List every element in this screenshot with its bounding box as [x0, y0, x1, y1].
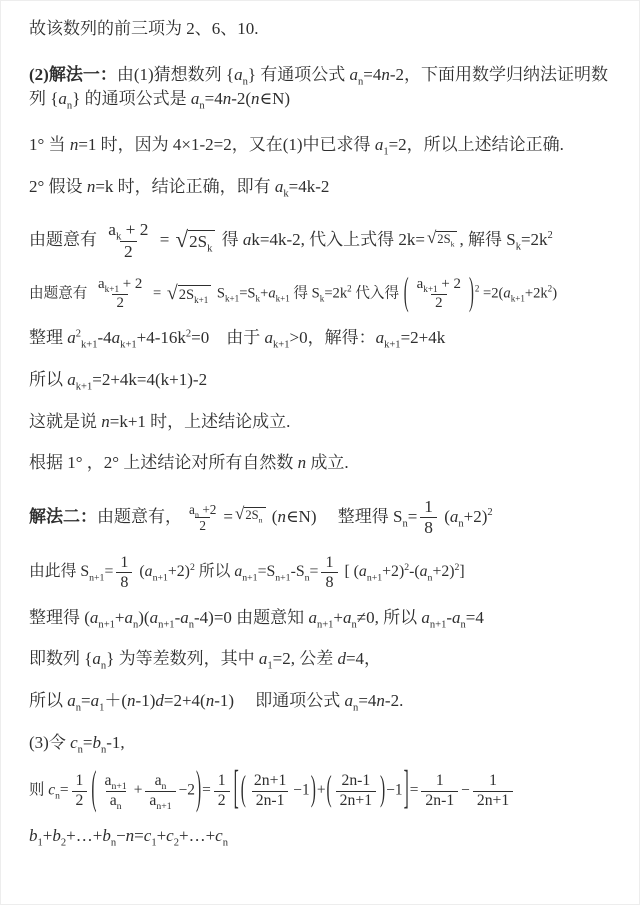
text-run: 则 [29, 782, 48, 799]
text-run: -1) 即通项公式 [214, 691, 344, 710]
text-run: a [108, 220, 116, 239]
text-run: -1, [106, 733, 124, 752]
variable: a [145, 563, 153, 580]
text-run: 由题意有 [29, 286, 91, 302]
subscript: n+1 [367, 572, 382, 583]
subscript: n+1 [89, 572, 104, 583]
subscript: k+1 [225, 293, 239, 303]
conclusion-first-three-terms: 故该数列的前三项为 2、6、10. [29, 17, 619, 42]
subscript: k+1 [273, 340, 289, 351]
numerator: an+1 [101, 772, 131, 791]
text-run: 2S [437, 232, 450, 246]
text-run: =2k [521, 230, 548, 249]
denominator: 8 [420, 517, 437, 538]
text-run: ] [459, 563, 464, 580]
text-run: 2° 假设 [29, 177, 87, 196]
text-run: ( [135, 563, 144, 580]
text-run: 得 S [290, 286, 320, 302]
variable: n [381, 65, 390, 84]
variable: a [308, 608, 317, 627]
text-run: a [155, 772, 162, 789]
text-run: 2S [245, 508, 258, 522]
variable: a [503, 286, 510, 302]
text-run: 2 [116, 295, 123, 311]
stretchy-delimiter: ] [404, 758, 409, 825]
text-run: =k 时，结论正确，即有 [95, 177, 275, 196]
variable: b [92, 733, 101, 752]
fraction: anan+1 [145, 772, 175, 810]
text-run: = [223, 507, 233, 526]
simplify-quadratic: 整理 a2k+1-4ak+1+4-16k2=0 由于 ak+1>0，解得：ak+… [29, 326, 619, 351]
variable: n [127, 691, 136, 710]
stretchy-delimiter: ) [380, 766, 385, 817]
variable: n [298, 453, 307, 472]
step1-base-case: 1° 当 n=1 时，因为 4×1-2=2，又在(1)中已求得 a1=2，所以上… [29, 133, 619, 158]
numerator: 2n-1 [337, 772, 374, 791]
text-run: , 解得 S [459, 230, 515, 249]
conclusion-ak1: 所以 ak+1=2+4k=4(k+1)-2 [29, 368, 619, 393]
text-run: + [43, 826, 53, 845]
subscript: n+1 [242, 572, 257, 583]
subscript: k+1 [105, 284, 119, 294]
variable: a [268, 286, 275, 302]
fraction: an+1an [101, 772, 131, 810]
text-run: -( [409, 563, 420, 580]
text-run: =4 [363, 65, 381, 84]
square-root: √2Sn [235, 507, 266, 524]
variable: n [277, 507, 286, 526]
text-run: 1 [218, 772, 226, 789]
numerator: ak+1 + 2 [413, 276, 465, 294]
numerator: 1 [321, 553, 337, 572]
subscript: n [117, 801, 122, 812]
denominator: 2 [120, 241, 137, 262]
numerator: 1 [72, 772, 88, 791]
text-run: -2( [231, 89, 251, 108]
text-run: −1 [386, 782, 402, 799]
arithmetic-sequence: 即数列 {an} 为等差数列，其中 a1=2, 公差 d=4， [29, 647, 619, 672]
text-run: 1 [76, 772, 84, 789]
text-run: 由题意有， [97, 507, 182, 526]
subscript: k [207, 243, 212, 254]
text-run: ∈N) 整理得 S [286, 507, 402, 526]
text-run: 所以 [195, 563, 235, 580]
text-run: −1 [293, 782, 309, 799]
square-root: √2Sk [427, 231, 458, 248]
text-run: 由题意有 [29, 230, 101, 249]
text-run: +2) [432, 563, 454, 580]
subscript: k+1 [194, 294, 208, 304]
denominator: 2n+1 [473, 791, 513, 811]
text-run: -4)=0 由题意知 [194, 608, 308, 627]
variable: a [234, 65, 243, 84]
text-run: + [134, 782, 143, 799]
numerator: 1 [116, 553, 132, 572]
method2-intro: 解法二：由题意有，an +22=√2Sn (n∈N) 整理得 Sn=18 (an… [29, 497, 619, 539]
text-run: + [317, 782, 326, 799]
subscript: k+1 [120, 340, 136, 351]
text-run: +2) [168, 563, 190, 580]
document-body: 故该数列的前三项为 2、6、10.(2)解法一：由(1)猜想数列 {an} 有通… [29, 17, 619, 849]
variable: b [29, 826, 38, 845]
text-run: = [104, 563, 113, 580]
text-run: −2 [179, 782, 195, 799]
text-run: ( [440, 507, 450, 526]
text-run: 即数列 { [29, 649, 92, 668]
stretchy-delimiter: ) [469, 266, 474, 323]
text-run: 2n-1 [425, 792, 454, 809]
text-run: 由此得 S [29, 563, 89, 580]
text-run: +2k [525, 286, 548, 302]
variable: n [126, 826, 135, 845]
radicand: 2Sk [188, 230, 215, 252]
square-root: √2Sk [176, 230, 216, 252]
variable: d [155, 691, 164, 710]
text-run: =2, 公差 [273, 649, 338, 668]
variable: a [150, 608, 159, 627]
step2-induction-hypothesis: 2° 假设 n=k 时，结论正确，即有 ak=4k-2 [29, 175, 619, 200]
text-run: + 2 [438, 276, 461, 292]
text-run: = [155, 230, 173, 249]
fraction: 2n-12n+1 [336, 772, 376, 810]
bold-text: 解法二： [29, 507, 97, 526]
fraction: 18 [116, 553, 132, 592]
denominator: 8 [321, 572, 337, 592]
variable: c [215, 826, 223, 845]
text-run: } 的通项公式是 [72, 89, 191, 108]
subscript: n+1 [317, 619, 333, 630]
text-run: = [134, 826, 144, 845]
induction-step-conclusion: 这就是说 n=k+1 时，上述结论成立. [29, 410, 619, 435]
text-run: 这就是说 [29, 412, 101, 431]
subscript: k [451, 239, 455, 248]
text-run: − [461, 782, 470, 799]
text-run: 1° 当 [29, 135, 70, 154]
fraction: 12 [214, 772, 230, 810]
formula-sk: 由题意有 ak + 22 = √2Sk 得 ak=4k-2, 代入上式得 2k=… [29, 220, 619, 262]
bold-text: (2)解法一： [29, 65, 117, 84]
text-run: (3)令 [29, 733, 70, 752]
subscript: k+1 [384, 340, 400, 351]
text-run: =0 由于 [191, 328, 264, 347]
text-run: 所以 [29, 370, 67, 389]
stretchy-delimiter: [ [234, 758, 239, 825]
text-run: +2) [382, 563, 404, 580]
subscript: n+1 [275, 572, 290, 583]
document-page: 故该数列的前三项为 2、6、10.(2)解法一：由(1)猜想数列 {an} 有通… [1, 1, 639, 849]
text-run: -1) [136, 691, 156, 710]
text-run: -2. [385, 691, 403, 710]
subscript: k+1 [511, 293, 525, 303]
fraction: ak + 22 [104, 220, 152, 262]
text-run: 2 [435, 295, 442, 311]
radicand: 2Sn [244, 507, 265, 524]
variable: n [223, 89, 232, 108]
text-run: =4 [466, 608, 484, 627]
cn-formula: 则 cn=12(an+1an+anan+1−2)=12[(2n+12n-1−1)… [29, 772, 619, 810]
text-run: 2 [76, 792, 84, 809]
denominator: 2n-1 [252, 791, 289, 811]
fraction: 12 [72, 772, 88, 810]
text-run: 2n+1 [254, 772, 286, 789]
square-root: √2Sk+1 [167, 285, 211, 304]
text-run: − [116, 826, 126, 845]
text-run: ( [268, 507, 278, 526]
subscript: n+1 [98, 619, 114, 630]
text-run: = [149, 286, 165, 302]
text-run: +2) [464, 507, 488, 526]
text-run: 2n+1 [477, 792, 509, 809]
text-run: a [110, 792, 117, 809]
denominator: an+1 [145, 791, 175, 811]
text-run: 1 [436, 772, 444, 789]
denominator: 2 [195, 517, 210, 534]
text-run: + [115, 608, 125, 627]
text-run: =2( [479, 286, 503, 302]
text-run: 2 [218, 792, 226, 809]
numerator: 1 [214, 772, 230, 791]
variable: a [359, 563, 367, 580]
radicand: 2Sk+1 [178, 285, 212, 304]
method1-intro: (2)解法一：由(1)猜想数列 {an} 有通项公式 an=4n-2，下面用数学… [29, 63, 619, 112]
text-run: a [98, 276, 105, 292]
text-run: +…+ [66, 826, 102, 845]
text-run: 1 [120, 554, 128, 571]
text-run: 故该数列的前三项为 2、6、10. [29, 19, 259, 38]
text-run: =2+4( [164, 691, 206, 710]
text-run: 8 [424, 518, 433, 537]
text-run: + [157, 826, 167, 845]
text-run: +…+ [179, 826, 215, 845]
variable: b [52, 826, 61, 845]
variable: c [166, 826, 174, 845]
method2-derivation: 由此得 Sn+1=18 (an+1+2)2 所以 an+1=Sn+1-Sn=18… [29, 553, 619, 592]
text-run: 整理 [29, 328, 67, 347]
text-run: =2，所以上述结论正确. [389, 135, 564, 154]
text-run: = [60, 782, 69, 799]
variable: a [91, 691, 100, 710]
text-run: + 2 [119, 276, 142, 292]
superscript: 2 [76, 329, 81, 340]
fraction: ak+1 + 22 [94, 276, 146, 312]
text-run: 2 [124, 242, 133, 261]
text-run: =4， [346, 649, 381, 668]
text-run: ∈N) [260, 89, 291, 108]
numerator: ak + 2 [104, 220, 152, 240]
text-run: 代入得 [352, 286, 403, 302]
stretchy-delimiter: ( [327, 766, 332, 817]
stretchy-delimiter: ( [404, 266, 409, 323]
text-run: =4 [205, 89, 223, 108]
radical-sign: √ [167, 285, 178, 302]
text-run: =4 [358, 691, 376, 710]
numerator: ak+1 + 2 [94, 276, 146, 294]
text-run: =1 时，因为 4×1-2=2，又在(1)中已求得 [78, 135, 375, 154]
text-run: =S [258, 563, 276, 580]
variable: a [125, 608, 134, 627]
subscript: n+1 [153, 572, 168, 583]
stretchy-delimiter: ( [91, 758, 96, 825]
variable: a [265, 328, 274, 347]
subscript: n+1 [158, 619, 174, 630]
text-run: ) [552, 286, 557, 302]
numerator: an [151, 772, 171, 791]
text-run: 2n-1 [341, 772, 370, 789]
denominator: 2 [214, 791, 230, 811]
variable: a [67, 370, 76, 389]
fraction: an +22 [185, 502, 220, 534]
numerator: an +2 [185, 502, 220, 518]
denominator: 2 [431, 294, 446, 313]
text-run: =2+4k [401, 328, 446, 347]
text-run: S [213, 286, 225, 302]
text-run: 由(1)猜想数列 { [117, 65, 234, 84]
text-run: 所以 [29, 691, 67, 710]
variable: a [420, 563, 428, 580]
fraction: 12n+1 [473, 772, 513, 810]
text-run: + 2 [121, 220, 148, 239]
subscript: k+1 [423, 284, 437, 294]
variable: a [67, 691, 76, 710]
variable: n [376, 691, 385, 710]
subscript: n [259, 516, 263, 525]
radical-sign: √ [176, 230, 189, 250]
variable: b [102, 826, 111, 845]
formula-sk1: 由题意有 ak+1 + 22 = √2Sk+1 Sk+1=Sk+ak+1 得 S… [29, 276, 619, 312]
variable: a [92, 649, 101, 668]
text-run: 8 [325, 574, 333, 591]
radicand: 2Sk [436, 231, 457, 248]
text-run: )( [138, 608, 149, 627]
numerator: 1 [432, 772, 448, 791]
text-run: 1 [325, 554, 333, 571]
text-run: +4-16k [137, 328, 186, 347]
text-run: =S [239, 286, 255, 302]
variable: a [350, 65, 359, 84]
bn-sum: b1+b2+…+bn−n=c1+c2+…+cn [29, 824, 619, 849]
variable: d [337, 649, 346, 668]
text-run: } 为等差数列，其中 [106, 649, 259, 668]
variable: a [67, 328, 76, 347]
radical-sign: √ [427, 231, 436, 245]
text-run: = [202, 782, 211, 799]
text-run: 根据 1° ，2° 上述结论对所有自然数 [29, 453, 298, 472]
superscript: 2 [548, 230, 553, 241]
text-run: + [333, 608, 343, 627]
text-run: 1 [489, 772, 497, 789]
numerator: 2n+1 [250, 772, 290, 791]
text-run: 2n+1 [340, 792, 372, 809]
numerator: 1 [420, 497, 437, 517]
denominator: an [106, 791, 126, 811]
text-run: +2 [199, 502, 216, 517]
text-run: 2S [189, 232, 207, 251]
general-term: 所以 an=a1＋(n-1)d=2+4(n-1) 即通项公式 an=4n-2. [29, 689, 619, 714]
subscript: n [223, 838, 228, 849]
variable: n [101, 412, 110, 431]
text-run: 2S [179, 287, 194, 303]
subscript: k+1 [81, 340, 97, 351]
stretchy-delimiter: ) [311, 766, 316, 817]
text-run: = [81, 691, 91, 710]
text-run: ≠0, 所以 [357, 608, 422, 627]
text-run: a [105, 772, 112, 789]
text-run: 成立. [306, 453, 349, 472]
variable: a [345, 691, 354, 710]
fraction: 18 [420, 497, 437, 539]
radical-sign: √ [235, 507, 244, 521]
variable: a [112, 328, 121, 347]
part3-define-cn: (3)令 cn=bn-1, [29, 731, 619, 756]
variable: c [70, 733, 78, 752]
stretchy-delimiter: ) [196, 758, 201, 825]
superscript: 2 [487, 507, 492, 518]
text-run: 8 [120, 574, 128, 591]
stretchy-delimiter: ( [241, 766, 246, 817]
text-run: 得 [217, 230, 243, 249]
text-run: -S [291, 563, 305, 580]
text-run: 2n-1 [256, 792, 285, 809]
variable: a [180, 608, 189, 627]
variable: n [251, 89, 260, 108]
fraction: 18 [321, 553, 337, 592]
fraction: 2n+12n-1 [250, 772, 290, 810]
text-run: k=4k-2, 代入上式得 2k= [251, 230, 425, 249]
subscript: n+1 [156, 801, 171, 812]
numerator: 1 [485, 772, 501, 791]
text-run: =2+4k=4(k+1)-2 [92, 370, 207, 389]
fraction: 12n-1 [421, 772, 458, 810]
text-run: = [410, 782, 419, 799]
text-run: } 有通项公式 [248, 65, 350, 84]
text-run: ＋( [104, 691, 127, 710]
denominator: 2 [72, 791, 88, 811]
text-run: =k+1 时，上述结论成立. [110, 412, 291, 431]
variable: a [343, 608, 352, 627]
variable: a [421, 608, 430, 627]
subscript: k+1 [76, 381, 92, 392]
denominator: 2 [112, 294, 127, 313]
denominator: 2n-1 [421, 791, 458, 811]
denominator: 8 [116, 572, 132, 592]
text-run: -4 [98, 328, 112, 347]
variable: n [206, 691, 215, 710]
fraction: ak+1 + 22 [413, 276, 465, 312]
subscript: k+1 [276, 293, 290, 303]
text-run: >0，解得： [290, 328, 376, 347]
denominator: 2n+1 [336, 791, 376, 811]
text-run: =4k-2 [289, 177, 330, 196]
variable: a [452, 608, 461, 627]
text-run: 2 [199, 518, 206, 533]
text-run: [ ( [341, 563, 359, 580]
subscript: n+1 [430, 619, 446, 630]
text-run: = [310, 563, 319, 580]
variable: a [376, 328, 385, 347]
text-run: 整理得 ( [29, 608, 90, 627]
text-run: 1 [424, 497, 433, 516]
text-run: =2k [324, 286, 347, 302]
variable: a [58, 89, 67, 108]
text-run: = [408, 507, 418, 526]
method2-simplify: 整理得 (an+1+an)(an+1-an-4)=0 由题意知 an+1+an≠… [29, 606, 619, 631]
overall-conclusion: 根据 1° ，2° 上述结论对所有自然数 n 成立. [29, 451, 619, 476]
